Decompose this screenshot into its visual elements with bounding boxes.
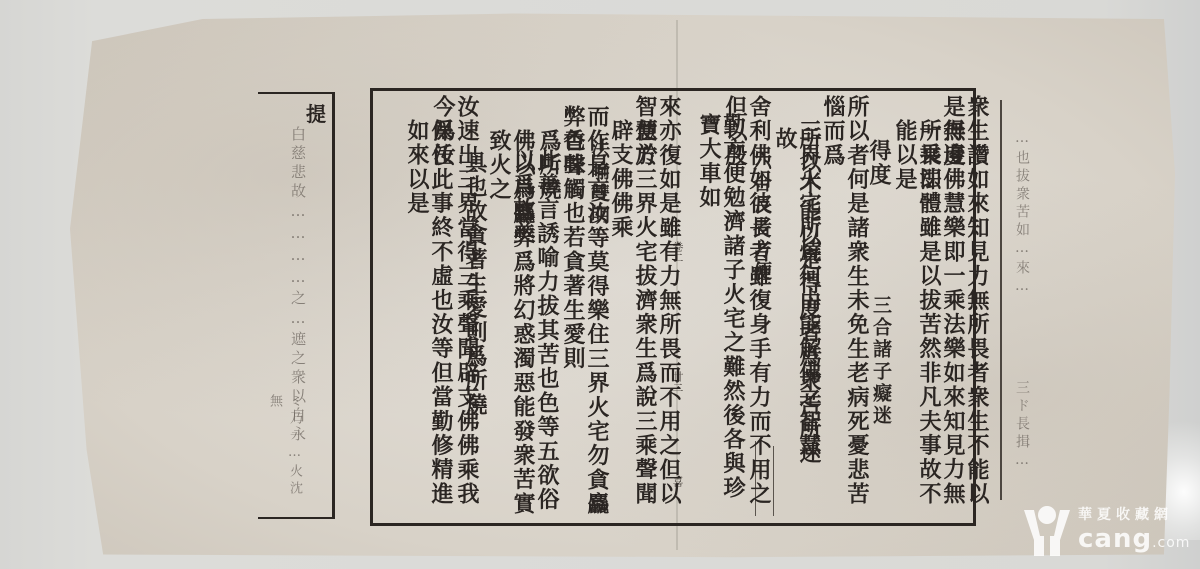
watermark-chinese: 華夏收藏網 <box>1078 504 1173 524</box>
text-column-5: 三合諸子癡迷 <box>869 295 893 435</box>
margin-title-char: 提 <box>306 98 326 127</box>
watermark: 華夏收藏網 cang.com <box>1022 500 1192 562</box>
watermark-logo-icon <box>1022 502 1072 558</box>
right-margin-rule <box>1000 100 1006 500</box>
text-column-18: 佛以爲麤弊爲將幻惑濁惡能發衆苦實致火之 <box>487 129 535 529</box>
text-column-3: 一乘法體雖是以拔苦然非凡夫事故不能以是 <box>893 119 941 519</box>
text-column-4: 得度 <box>867 139 891 199</box>
main-text-frame: 衆生讚如來知見力無所畏者衆生不能以是得度 無邊佛慧樂即一乘法樂如來知見力無所畏即… <box>370 88 976 526</box>
margin-column-2: ミ乃一…火沈無 <box>264 394 304 514</box>
text-column-8: 所以不能以是得度者爲衆苦所迷故 <box>773 127 821 467</box>
text-column-21: 保任此事終不虛也汝等但當勤修精進如來以是 <box>405 119 453 519</box>
text-column-6: 所以者何是諸衆生未免生老病死憂悲苦惱而爲 <box>821 95 869 515</box>
right-margin-column-2: 三ド長揖… <box>1012 380 1032 490</box>
text-column-13: 便於三界火宅拔濟衆生爲說三乘聲聞辟支佛佛乘 <box>609 119 657 519</box>
watermark-brand: cang <box>1078 524 1152 554</box>
column-rule <box>773 446 774 516</box>
left-margin-box: 提 白慈悲故…………之…遮之衆以自永 ミ乃一…火沈無 <box>258 92 335 519</box>
text-column-11: 勤方便勉濟諸子火宅之難然後各與珍寶大車如 <box>697 113 745 513</box>
watermark-domain-suffix: .com <box>1152 535 1190 551</box>
right-margin-column-1: …也拔衆苦如…來… <box>1012 130 1032 370</box>
watermark-latin: cang.com <box>1078 524 1190 554</box>
